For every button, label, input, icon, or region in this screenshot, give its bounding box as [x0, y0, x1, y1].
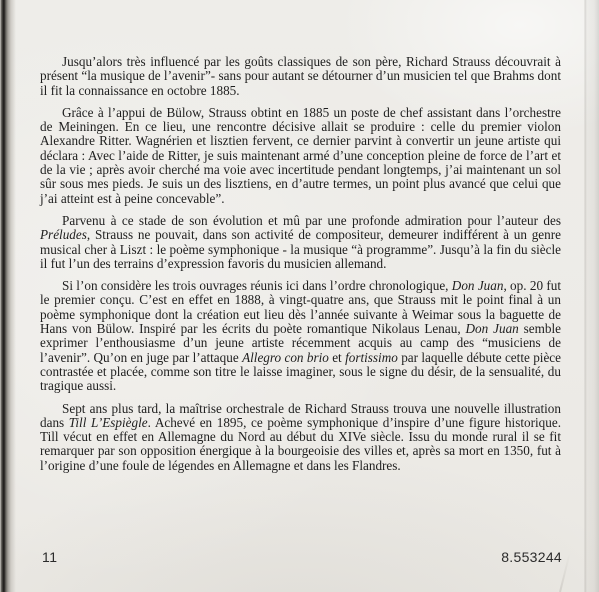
paragraph: Sept ans plus tard, la maîtrise orchestr… — [40, 402, 561, 473]
catalog-number: 8.553244 — [501, 549, 562, 565]
text-run: , Strauss ne pouvait, dans son activité … — [40, 227, 561, 271]
liner-notes-text: Jusqu’alors très influencé par les goûts… — [40, 55, 561, 481]
text-run: Jusqu’alors très influencé par les goûts… — [40, 54, 561, 98]
italic-text-run: Allegro con brio — [242, 350, 329, 365]
text-run: et — [329, 350, 345, 365]
paragraph: Grâce à l’appui de Bülow, Strauss obtint… — [40, 106, 561, 206]
italic-text-run: fortissimo — [345, 350, 398, 365]
italic-text-run: Don Juan — [466, 321, 519, 336]
italic-text-run: Don Juan — [452, 278, 504, 293]
italic-text-run: Till L’Espiègle — [69, 415, 148, 430]
paragraph: Parvenu à ce stade de son évolution et m… — [40, 214, 561, 271]
text-run: Grâce à l’appui de Bülow, Strauss obtint… — [40, 105, 561, 206]
page-edge-shadow — [584, 0, 599, 592]
page-number: 11 — [42, 549, 58, 565]
book-spine-shadow — [0, 0, 16, 592]
text-run: Si l’on considère les trois ouvrages réu… — [62, 278, 452, 293]
paragraph: Jusqu’alors très influencé par les goûts… — [40, 55, 561, 98]
italic-text-run: Préludes — [40, 227, 87, 242]
paragraph: Si l’on considère les trois ouvrages réu… — [40, 279, 561, 393]
text-run: Parvenu à ce stade de son évolution et m… — [62, 213, 561, 228]
